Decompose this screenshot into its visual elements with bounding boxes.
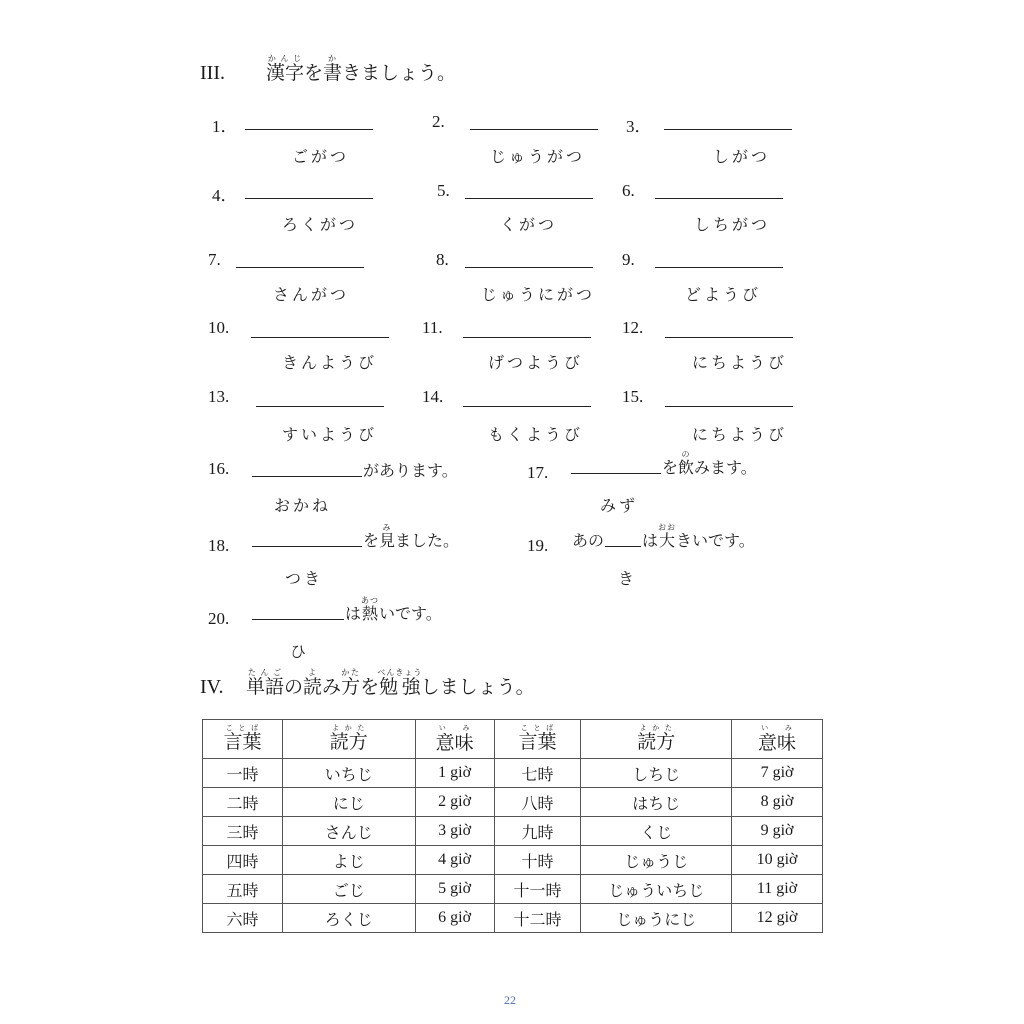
exercise-number: 16. <box>208 459 229 479</box>
table-cell-reading: にじ <box>282 788 415 817</box>
table-cell-meaning: 7 giờ <box>732 759 823 788</box>
exercise-reading: ごがつ <box>292 144 349 167</box>
table-cell-word: 四時 <box>203 846 283 875</box>
kanji-with-furigana: 書か <box>323 62 342 84</box>
sentence-19: あの は 大おお きいです。 <box>572 523 755 551</box>
exercise-number: 17. <box>527 463 548 483</box>
kanji-with-furigana: 見み <box>379 523 395 551</box>
exercise-number: 13. <box>208 387 229 407</box>
sentence-18: を 見み ました。 <box>251 523 459 551</box>
answer-blank[interactable] <box>665 336 793 338</box>
exercise-reading: くがつ <box>500 212 557 235</box>
exercise-number: 1． <box>212 112 238 137</box>
answer-blank[interactable] <box>465 197 593 199</box>
section-3-title: 漢字かんじを書かきましょう。 <box>266 54 456 85</box>
section-4-title: 単語たんごの読よみ方かたを勉強べんきょうしましょう。 <box>246 668 535 699</box>
column-header-meaning: 意味い み <box>415 720 494 759</box>
answer-blank[interactable] <box>252 546 362 547</box>
table-cell-meaning: 6 giờ <box>415 904 494 933</box>
sentence-20: は 熱あつ いです。 <box>251 596 442 624</box>
table-header-row: 言葉ことば 読方よかた 意味い み 言葉ことば 読方よかた 意味い み <box>203 720 823 759</box>
table-row: 三時 さんじ 3 giờ 九時 くじ 9 giờ <box>203 817 823 846</box>
table-cell-meaning: 9 giờ <box>732 817 823 846</box>
exercise-number: 20. <box>208 609 229 629</box>
table-cell-reading: ろくじ <box>282 904 415 933</box>
table-cell-meaning: 2 giờ <box>415 788 494 817</box>
table-cell-word: 九時 <box>494 817 581 846</box>
page-number: 22 <box>504 993 516 1008</box>
table-cell-word: 十時 <box>494 846 581 875</box>
kanji-with-furigana: 熱あつ <box>361 596 379 624</box>
exercise-reading: もくようび <box>488 422 583 445</box>
exercise-reading: しがつ <box>713 144 770 167</box>
exercise-reading: ろくがつ <box>282 212 358 235</box>
exercise-number: 18. <box>208 536 229 556</box>
answer-blank[interactable] <box>655 197 783 199</box>
exercise-number: 15. <box>622 387 643 407</box>
column-header-word: 言葉ことば <box>494 720 581 759</box>
exercise-reading: すいようび <box>282 422 377 445</box>
exercise-number: 4． <box>212 181 238 206</box>
answer-blank[interactable] <box>245 197 373 199</box>
table-cell-word: 三時 <box>203 817 283 846</box>
vocabulary-table: 言葉ことば 読方よかた 意味い み 言葉ことば 読方よかた 意味い み 一時 い… <box>202 719 823 933</box>
table-cell-word: 十二時 <box>494 904 581 933</box>
table-cell-word: 十一時 <box>494 875 581 904</box>
kanji-with-furigana: 漢字かんじ <box>266 62 304 84</box>
exercise-number: 5. <box>437 181 450 201</box>
column-header-reading: 読方よかた <box>282 720 415 759</box>
exercise-number: 6. <box>622 181 635 201</box>
kanji-with-furigana: 大おお <box>658 523 676 551</box>
table-cell-reading: はちじ <box>581 788 732 817</box>
answer-blank[interactable] <box>655 266 783 268</box>
column-header-word: 言葉ことば <box>203 720 283 759</box>
answer-blank[interactable] <box>256 405 384 407</box>
exercise-number: 2. <box>432 112 445 132</box>
table-cell-meaning: 1 giờ <box>415 759 494 788</box>
exercise-number: 10. <box>208 318 229 338</box>
exercise-reading: みず <box>600 493 638 516</box>
answer-blank[interactable] <box>236 266 364 268</box>
exercise-reading: どようび <box>685 282 761 305</box>
table-cell-reading: さんじ <box>282 817 415 846</box>
section-3-number: III. <box>200 62 266 85</box>
answer-blank[interactable] <box>465 266 593 268</box>
table-cell-word: 一時 <box>203 759 283 788</box>
answer-blank[interactable] <box>245 128 373 130</box>
exercise-number: 3． <box>626 112 652 137</box>
exercise-number: 19. <box>527 536 548 556</box>
exercise-reading: ひ <box>290 639 309 662</box>
table-cell-meaning: 3 giờ <box>415 817 494 846</box>
exercise-reading: き <box>618 566 637 589</box>
table-cell-meaning: 8 giờ <box>732 788 823 817</box>
answer-blank[interactable] <box>605 546 641 547</box>
section-3-heading: III. 漢字かんじを書かきましょう。 <box>200 54 456 85</box>
table-cell-word: 六時 <box>203 904 283 933</box>
table-cell-word: 七時 <box>494 759 581 788</box>
table-cell-reading: よじ <box>282 846 415 875</box>
table-cell-reading: じゅうにじ <box>581 904 732 933</box>
exercise-number: 8. <box>436 250 449 270</box>
table-cell-meaning: 12 giờ <box>732 904 823 933</box>
table-cell-word: 五時 <box>203 875 283 904</box>
table-row: 五時 ごじ 5 giờ 十一時 じゅういちじ 11 giờ <box>203 875 823 904</box>
column-header-meaning: 意味い み <box>732 720 823 759</box>
table-row: 四時 よじ 4 giờ 十時 じゅうじ 10 giờ <box>203 846 823 875</box>
table-cell-meaning: 10 giờ <box>732 846 823 875</box>
answer-blank[interactable] <box>571 473 661 474</box>
exercise-number: 11. <box>422 318 443 338</box>
table-cell-reading: いちじ <box>282 759 415 788</box>
exercise-number: 9. <box>622 250 635 270</box>
exercise-number: 7. <box>208 250 221 270</box>
table-row: 六時 ろくじ 6 giờ 十二時 じゅうにじ 12 giờ <box>203 904 823 933</box>
sentence-16: があります。 <box>251 458 458 481</box>
exercise-reading: じゅうにがつ <box>481 282 595 305</box>
exercise-reading: げつようび <box>488 350 583 373</box>
exercise-reading: つき <box>285 566 323 589</box>
answer-blank[interactable] <box>463 336 591 338</box>
exercise-reading: じゅうがつ <box>490 144 585 167</box>
exercise-reading: にちようび <box>692 350 787 373</box>
kanji-with-furigana: 飲の <box>678 450 694 478</box>
exercise-number: 14. <box>422 387 443 407</box>
answer-blank[interactable] <box>252 619 344 620</box>
answer-blank[interactable] <box>251 336 389 338</box>
table-cell-reading: しちじ <box>581 759 732 788</box>
exercise-reading: しちがつ <box>694 212 770 235</box>
section-4-number: IV. <box>200 676 246 699</box>
answer-blank[interactable] <box>470 128 598 130</box>
sentence-17: を 飲の みます。 <box>570 450 757 478</box>
table-cell-word: 二時 <box>203 788 283 817</box>
table-cell-meaning: 11 giờ <box>732 875 823 904</box>
table-row: 二時 にじ 2 giờ 八時 はちじ 8 giờ <box>203 788 823 817</box>
section-4-heading: IV. 単語たんごの読よみ方かたを勉強べんきょうしましょう。 <box>200 668 535 699</box>
answer-blank[interactable] <box>664 128 792 130</box>
exercise-reading: にちようび <box>692 422 787 445</box>
table-cell-reading: じゅういちじ <box>581 875 732 904</box>
column-header-reading: 読方よかた <box>581 720 732 759</box>
answer-blank[interactable] <box>463 405 591 407</box>
exercise-number: 12. <box>622 318 643 338</box>
table-cell-reading: じゅうじ <box>581 846 732 875</box>
table-cell-reading: ごじ <box>282 875 415 904</box>
exercise-reading: きんようび <box>282 350 377 373</box>
table-cell-meaning: 4 giờ <box>415 846 494 875</box>
table-cell-word: 八時 <box>494 788 581 817</box>
exercise-reading: おかね <box>274 493 331 516</box>
table-cell-meaning: 5 giờ <box>415 875 494 904</box>
table-row: 一時 いちじ 1 giờ 七時 しちじ 7 giờ <box>203 759 823 788</box>
table-cell-reading: くじ <box>581 817 732 846</box>
answer-blank[interactable] <box>252 476 362 477</box>
answer-blank[interactable] <box>665 405 793 407</box>
exercise-reading: さんがつ <box>273 282 349 305</box>
